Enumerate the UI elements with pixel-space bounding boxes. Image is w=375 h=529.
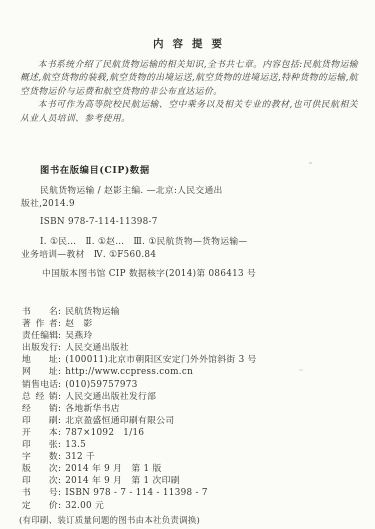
colophon-separator: : — [58, 475, 61, 487]
colophon-value: 赵 影 — [65, 319, 92, 329]
colophon-separator: : — [58, 330, 61, 342]
colophon-row-printer: 印刷:北京盈盛恒通印刷有限公司 — [22, 415, 365, 427]
colophon-value: 人民交通出版社发行部 — [65, 392, 156, 402]
cip-title-line-2: 版社,2014.9 — [21, 198, 357, 211]
colophon-value: 2014 年 9 月 第 1 版 — [65, 464, 161, 474]
colophon-label: 开本 — [22, 427, 58, 439]
colophon-label: 版次 — [22, 463, 58, 475]
colophon-label: 印刷 — [22, 415, 58, 427]
colophon-value: 人民交通出版社 — [65, 343, 129, 353]
content-summary-paragraph-1: 本书系统介绍了民航货物运输的相关知识,全书共七章。内容包括:民航货物运输概述,航… — [0, 59, 375, 99]
colophon-row-publisher: 出版发行:人民交通出版社 — [22, 342, 365, 354]
colophon-value: 312 千 — [65, 452, 95, 462]
colophon-section: 书名:民航货物运输 著作者:赵 影 责任编辑:吴燕玲 出版发行:人民交通出版社 … — [22, 306, 365, 526]
colophon-row-editor: 责任编辑:吴燕玲 — [22, 330, 365, 342]
content-summary-paragraph-2: 本书可作为高等院校民航运输、空中乘务以及相关专业的教材,也可供民航相关从业人员培… — [0, 99, 375, 126]
cip-index-line-1: Ⅰ. ①民… Ⅱ. ①赵… Ⅲ. ①民航货物—货物运输— — [21, 236, 357, 249]
colophon-row-word-count: 字数:312 千 — [22, 451, 365, 463]
colophon-label: 总经销 — [22, 391, 58, 403]
colophon-value: 吴燕玲 — [65, 331, 92, 341]
colophon-separator: : — [58, 403, 61, 415]
colophon-label: 著作者 — [22, 318, 58, 330]
colophon-value: http://www.ccpress.com.cn — [65, 367, 193, 377]
colophon-separator: : — [58, 379, 61, 391]
colophon-row-book-number: 书号:ISBN 978 - 7 - 114 - 11398 - 7 — [22, 487, 365, 499]
colophon-row-printing: 印次:2014 年 9 月 第 1 次印刷 — [22, 475, 365, 487]
colophon-row-address: 地址:(100011)北京市朝阳区安定门外外馆斜街 3 号 — [22, 354, 365, 366]
colophon-value: ISBN 978 - 7 - 114 - 11398 - 7 — [65, 488, 207, 498]
colophon-row-format: 开本:787×1092 1/16 — [22, 427, 365, 439]
colophon-separator: : — [58, 427, 61, 439]
scan-speck — [299, 369, 303, 371]
content-summary-title: 内容提要 — [0, 36, 375, 51]
colophon-separator: : — [58, 451, 61, 463]
cip-header: 图书在版编目(CIP)数据 — [21, 162, 357, 176]
colophon-value: 13.5 — [65, 440, 86, 450]
scan-speck — [309, 162, 312, 164]
colophon-row-edition: 版次:2014 年 9 月 第 1 版 — [22, 463, 365, 475]
cip-index-line-2: 业务培训—教材 Ⅳ. ①F560.84 — [21, 249, 357, 262]
colophon-label: 网址 — [22, 366, 58, 378]
colophon-row-sheets: 印张:13.5 — [22, 439, 365, 451]
colophon-separator: : — [58, 318, 61, 330]
colophon-row-price: 定价:32.00 元 — [22, 500, 365, 512]
cip-title-line-1: 民航货物运输 / 赵影主编. —北京:人民交通出 — [21, 185, 357, 198]
colophon-row-general-distributor: 总经销:人民交通出版社发行部 — [22, 391, 365, 403]
colophon-separator: : — [58, 463, 61, 475]
colophon-value: (100011)北京市朝阳区安定门外外馆斜街 3 号 — [65, 355, 256, 365]
colophon-separator: : — [58, 439, 61, 451]
colophon-separator: : — [58, 354, 61, 366]
colophon-value: 各地新华书店 — [65, 404, 120, 414]
colophon-value: 北京盈盛恒通印刷有限公司 — [65, 416, 174, 426]
colophon-separator: : — [58, 500, 61, 512]
colophon-value: 32.00 元 — [65, 501, 104, 511]
colophon-row-book-title: 书名:民航货物运输 — [22, 306, 365, 318]
colophon-label: 书名 — [22, 306, 58, 318]
colophon-separator: : — [58, 342, 61, 354]
colophon-label: 地址 — [22, 354, 58, 366]
colophon-value: 民航货物运输 — [65, 307, 120, 317]
cip-isbn: ISBN 978-7-114-11398-7 — [21, 216, 357, 229]
quality-exchange-note: (有印刷、装订质量问题的图书由本社负责调换) — [19, 514, 365, 526]
colophon-label: 出版发行 — [22, 342, 58, 354]
colophon-label: 销售电话 — [22, 379, 58, 391]
content-summary-section: 内容提要 本书系统介绍了民航货物运输的相关知识,全书共七章。内容包括:民航货物运… — [0, 36, 375, 126]
scan-speck — [27, 441, 30, 443]
colophon-row-website: 网址:http://www.ccpress.com.cn — [22, 366, 365, 378]
colophon-separator: : — [58, 306, 61, 318]
colophon-label: 书号 — [22, 487, 58, 499]
colophon-label: 印次 — [22, 475, 58, 487]
colophon-label: 经销 — [22, 403, 58, 415]
colophon-label: 责任编辑 — [22, 330, 58, 342]
colophon-label: 字数 — [22, 451, 58, 463]
colophon-separator: : — [58, 391, 61, 403]
colophon-value: 787×1092 1/16 — [65, 428, 144, 438]
book-copyright-page: 内容提要 本书系统介绍了民航货物运输的相关知识,全书共七章。内容包括:民航货物运… — [0, 0, 375, 529]
colophon-separator: : — [58, 366, 61, 378]
colophon-row-distributor: 经销:各地新华书店 — [22, 403, 365, 415]
cip-section: 图书在版编目(CIP)数据 民航货物运输 / 赵影主编. —北京:人民交通出 版… — [21, 162, 357, 281]
colophon-row-sales-phone: 销售电话:(010)59757973 — [22, 379, 365, 391]
colophon-value: (010)59757973 — [65, 380, 137, 390]
colophon-separator: : — [58, 415, 61, 427]
cip-record-number: 中国版本图书馆 CIP 数据核字(2014)第 086413 号 — [21, 268, 357, 281]
colophon-row-author: 著作者:赵 影 — [22, 318, 365, 330]
colophon-label: 定价 — [22, 500, 58, 512]
colophon-separator: : — [58, 487, 61, 499]
colophon-value: 2014 年 9 月 第 1 次印刷 — [65, 476, 180, 486]
